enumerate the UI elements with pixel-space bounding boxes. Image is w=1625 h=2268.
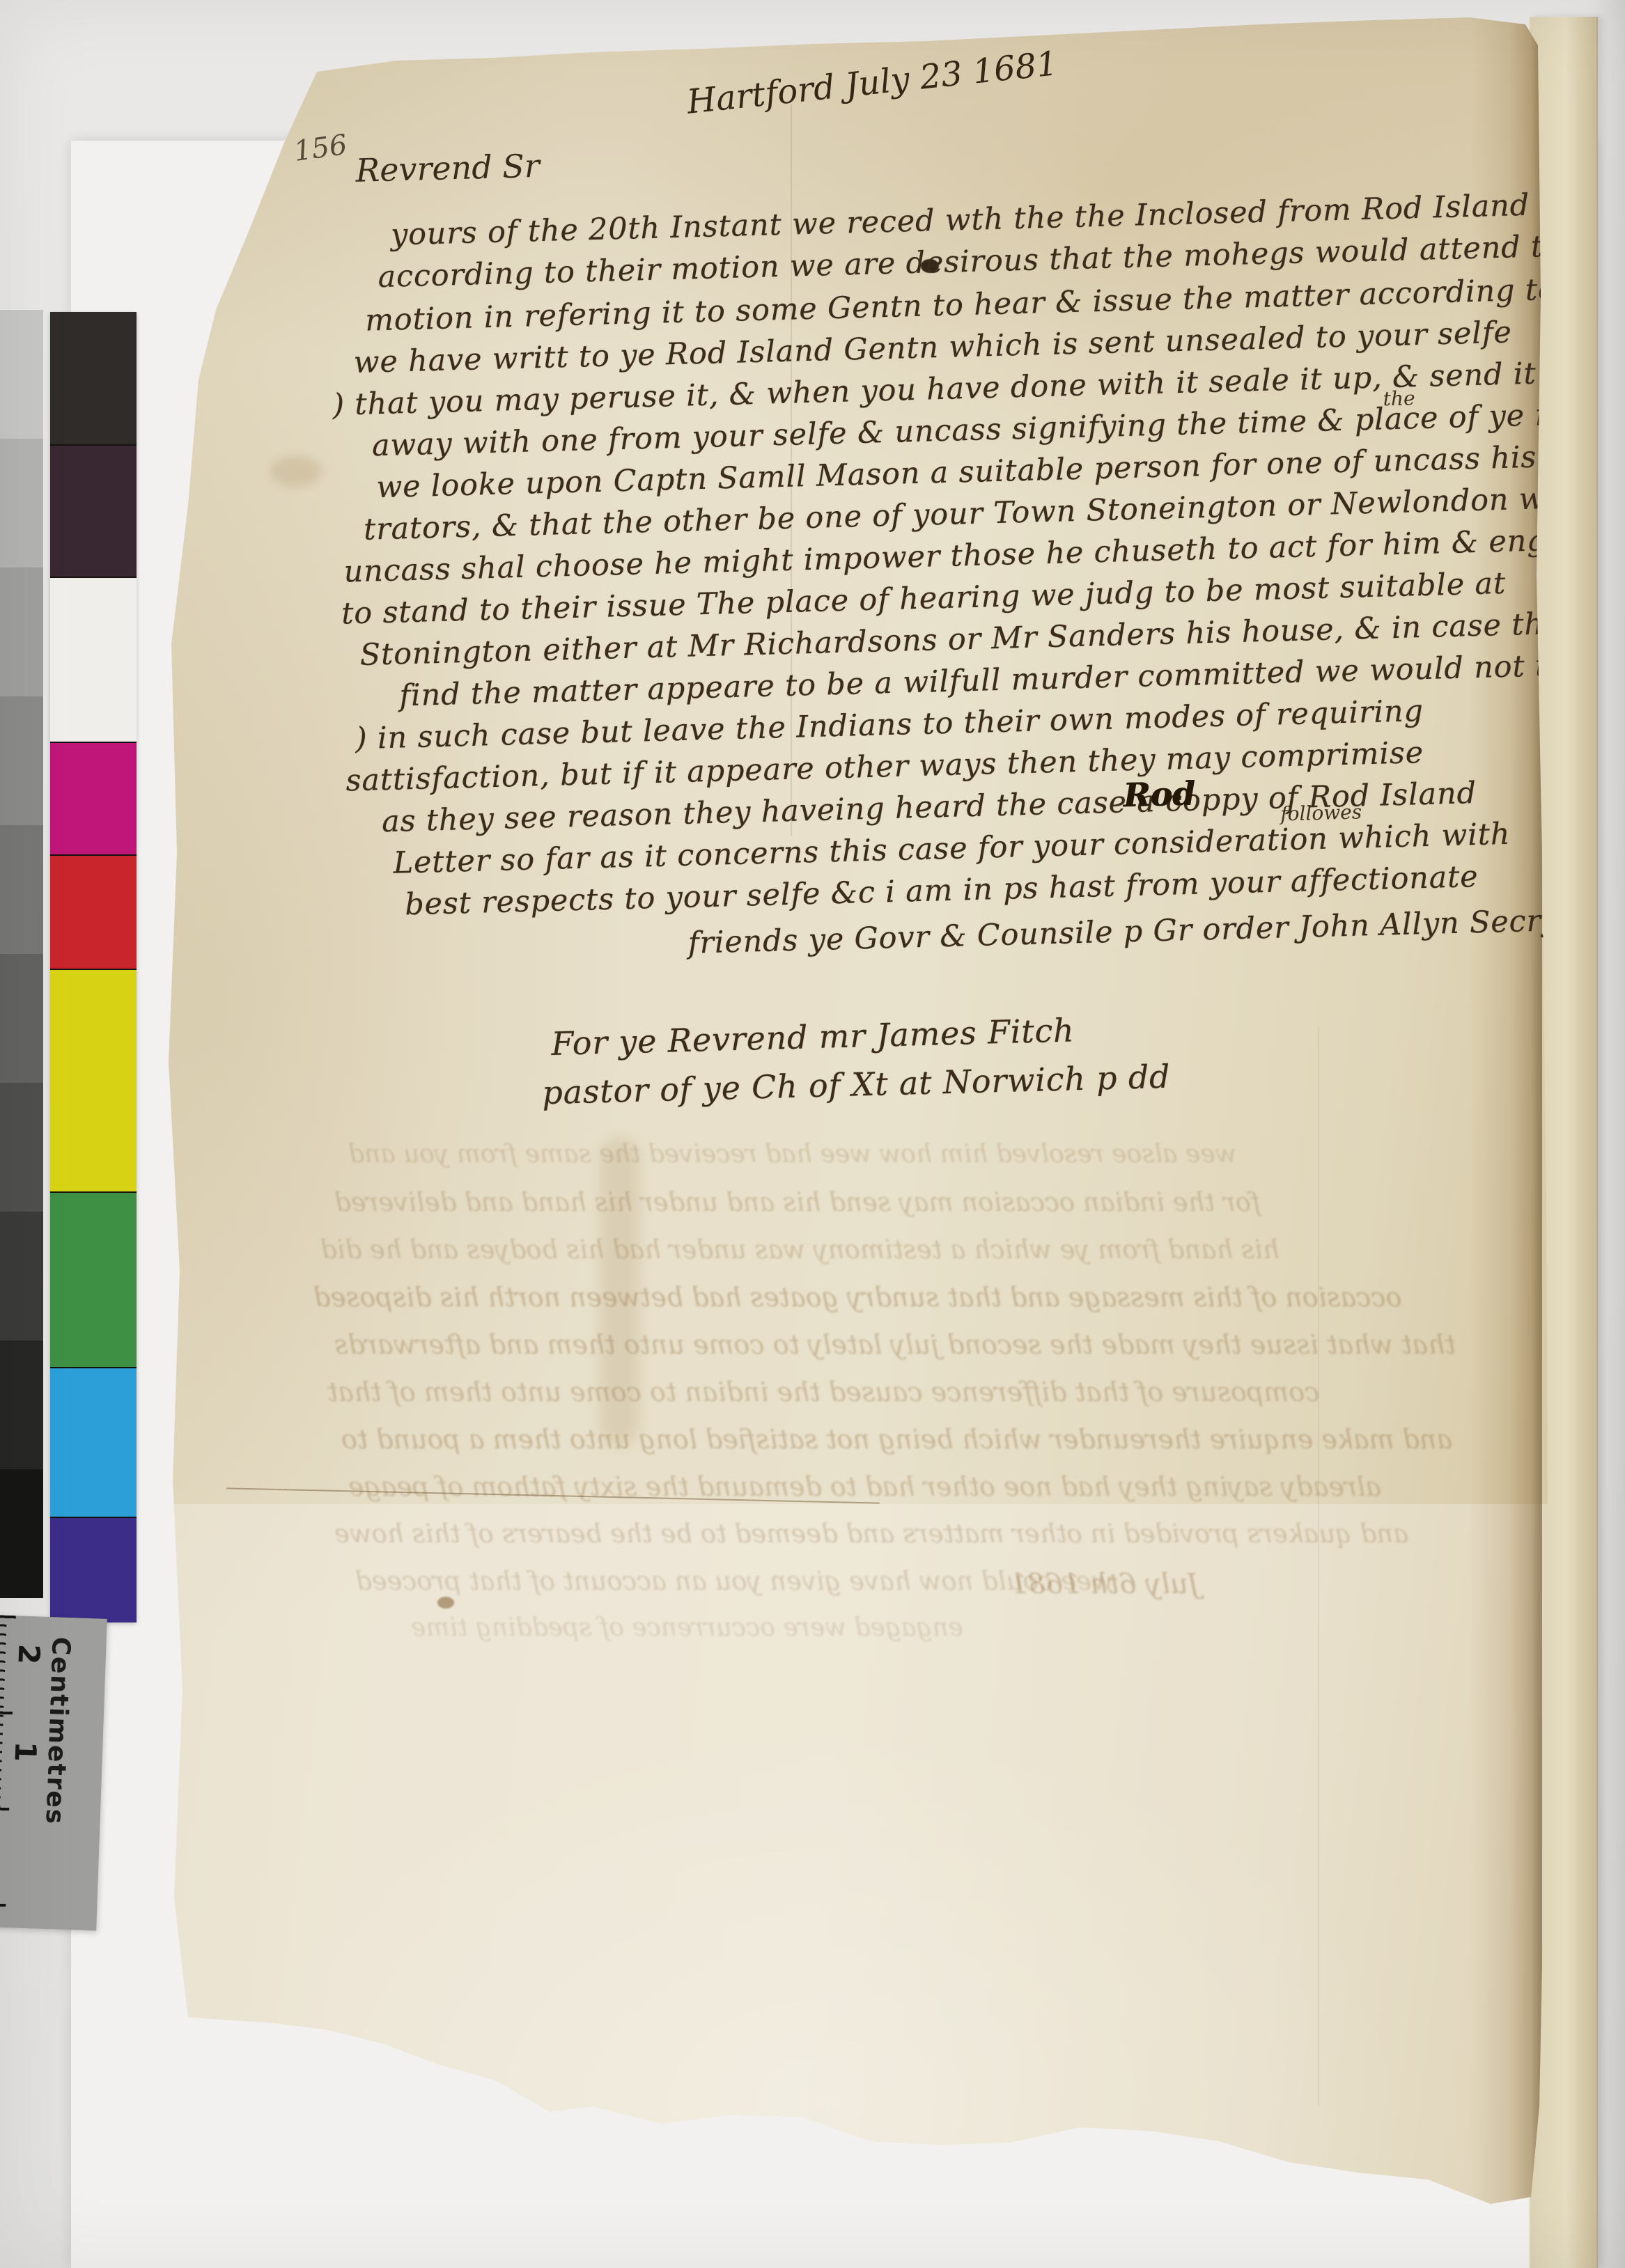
overwritten-word: Rod xyxy=(1123,778,1195,813)
gray-step xyxy=(0,825,43,954)
bleedthrough-line: for the indian occasion may send his and… xyxy=(334,1189,1261,1215)
color-patch xyxy=(50,577,137,742)
interlinear-insertion: the xyxy=(1383,389,1415,409)
interlinear-insertion: followes xyxy=(1280,802,1362,824)
bleedthrough-line: his hand from ye which a testimony was u… xyxy=(320,1237,1280,1262)
color-patch xyxy=(50,1367,137,1517)
ruler-number-1: 1 xyxy=(10,1741,40,1762)
manuscript-line: For ye Revrend mr James Fitch xyxy=(551,1014,1075,1060)
manuscript-line: friends ye Govr & Counsile p Gr order Jo… xyxy=(687,906,1559,959)
bleedthrough-line: and quakers provided in other matters an… xyxy=(334,1521,1408,1547)
color-patch xyxy=(50,742,137,854)
folio-number: 156 xyxy=(293,131,349,166)
grayscale-calibration-wedge xyxy=(0,310,43,1598)
centimetre-scale-card: 2 1 Centimetres xyxy=(0,1615,107,1930)
gray-step xyxy=(0,310,43,439)
gray-step xyxy=(0,568,43,696)
color-calibration-bar xyxy=(50,312,137,1622)
bleedthrough-line: occasion of this message and that sundry… xyxy=(313,1284,1401,1311)
bleedthrough-line: and make enquire thereunder which being … xyxy=(341,1426,1452,1453)
manuscript-page: wee alsoe resolved him how wee had recei… xyxy=(104,17,1550,2211)
color-patch xyxy=(50,444,137,577)
bleedthrough-line: composure of that difference caused the … xyxy=(327,1379,1319,1405)
gray-step xyxy=(0,1212,43,1340)
gray-step xyxy=(0,696,43,825)
color-patch xyxy=(50,1191,137,1367)
color-patch xyxy=(50,1517,137,1622)
color-patch xyxy=(50,969,137,1191)
manuscript-line: pastor of ye Ch of Xt at Norwich p dd xyxy=(542,1061,1171,1109)
bleedthrough-line: that what issue they made the second jul… xyxy=(334,1331,1456,1358)
letter-body: Revrend Sr yours of the 20th Instant we … xyxy=(300,176,1578,1184)
gray-step xyxy=(0,1340,43,1469)
ruler-unit-label: Centimetres xyxy=(41,1636,72,1826)
gray-step xyxy=(0,1469,43,1598)
letter-salutation: Revrend Sr xyxy=(355,150,540,187)
bleedthrough-line: wee could now have given you an account … xyxy=(355,1568,1114,1594)
color-patch xyxy=(50,312,137,444)
bleedthrough-line: already saying they had noe other had to… xyxy=(348,1473,1381,1500)
gray-step xyxy=(0,439,43,568)
photographed-manuscript-scan: wee alsoe resolved him how wee had recei… xyxy=(0,0,1625,2268)
ruler-number-2: 2 xyxy=(13,1643,43,1665)
color-patch xyxy=(50,854,137,969)
bleedthrough-line: engaged were occurrence of spedding time xyxy=(411,1616,963,1641)
gray-step xyxy=(0,1083,43,1212)
bleedthrough-line: July 6th 1681 xyxy=(1010,1570,1199,1598)
gray-step xyxy=(0,954,43,1083)
